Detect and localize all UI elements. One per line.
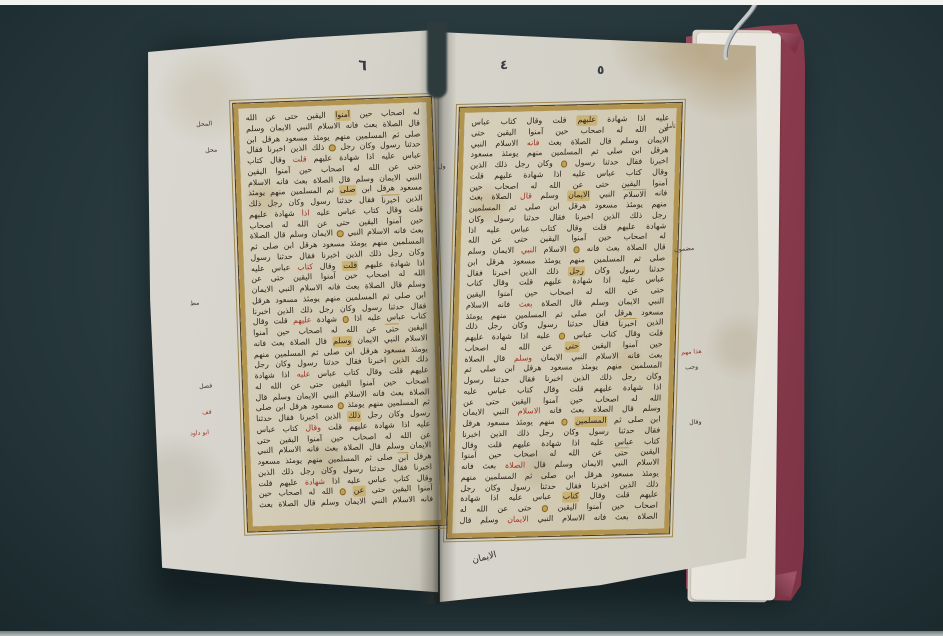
left-gold-frame: اللهعنحتىاليقينآمنواحيناصحابلهوسلمالايما… [229,93,450,536]
manuscript-word: الله [346,325,358,336]
manuscript-word: هرقل [523,363,541,374]
manuscript-word: اذا [354,314,362,325]
manuscript-word: له [255,382,262,393]
manuscript-word: اصحاب [321,164,345,176]
manuscript-word: آمنوا [498,289,513,300]
manuscript-word: وكان [485,483,501,494]
manuscript-word: الايمان [581,459,603,470]
manuscript-word: المسلمين [574,416,608,428]
manuscript-word: اليقين [540,234,559,245]
manuscript-word: له [385,431,392,442]
manuscript-word: قلت [342,260,358,271]
manuscript-word: مسعود [400,183,423,195]
manuscript-word: عن [628,286,639,297]
manuscript-word: ابن [467,257,478,268]
manuscript-word: وقال [386,205,402,216]
manuscript-word: وكان [360,141,376,152]
manuscript-word: له [586,287,593,298]
manuscript-word: الله [322,487,334,498]
manuscript-word: مسعود [550,363,573,374]
manuscript-word: النبي [296,122,312,133]
manuscript-word: له [413,107,420,118]
manuscript-word: قال [338,174,350,185]
manuscript-word: عليهم [293,316,312,327]
manuscript-word: رجل [319,304,334,315]
manuscript-word: مسعود [470,149,493,160]
manuscript-word: مسعود [595,200,618,211]
manuscript-word: كتاب [282,424,298,435]
manuscript-word: هرقل [584,470,602,481]
manuscript-word: الصلاة [409,387,429,398]
manuscript-word: مسعود [285,133,308,145]
manuscript-word: اذا [520,331,528,342]
manuscript-word: حدثنا [256,414,272,425]
manuscript-word: قال [459,516,471,527]
manuscript-word: ابن [344,346,355,357]
verse-rosette-icon [337,403,344,410]
manuscript-word: قال [622,404,634,415]
manuscript-word: رسول [589,426,609,437]
manuscript-word: يومئذ [642,468,659,479]
manuscript-word: وقال [625,329,641,340]
manuscript-word: بعث [294,176,308,187]
manuscript-word: عباس [596,168,615,179]
manuscript-word: عليهم [594,383,613,394]
manuscript-word: يومئذ [313,132,330,143]
manuscript-word: ابن [415,290,426,301]
manuscript-word: وسلم [321,497,339,508]
manuscript-word: عن [420,430,431,441]
manuscript-word: النبي [493,407,509,418]
manuscript-word: قال [315,336,327,347]
manuscript-word: ابن [650,414,661,425]
manuscript-word: حدثنا [405,140,421,151]
manuscript-word: حين [525,288,538,299]
manuscript-word: اخبرنا [545,374,564,385]
manuscript-word: حدثنا [524,213,540,224]
manuscript-word: شهادة [374,420,394,431]
manuscript-word: الصلاة [491,192,511,203]
manuscript-word: ثم [311,348,319,359]
manuscript-word: حدثنا [649,264,665,275]
manuscript-word: الصلاة [637,511,657,522]
manuscript-word: حتى [471,128,485,139]
manuscript-word: وقال [462,440,478,451]
manuscript-word: اذا [490,493,498,504]
manuscript-word: ابن [284,241,295,252]
manuscript-word: ثم [392,129,400,141]
manuscript-word: عليه [416,419,430,430]
manuscript-word: الله [604,286,616,297]
manuscript-word: ذلك [416,354,429,365]
manuscript-word: كتاب [394,473,410,484]
manuscript-word: الاسلام [392,495,415,507]
manuscript-word: صلى [480,364,496,375]
manuscript-word: فانه [497,300,510,311]
manuscript-word: رجل [300,466,315,477]
manuscript-word: عليهم [279,477,298,488]
manuscript-word: عليهم [349,421,368,432]
manuscript-word: الاسلام [544,245,567,256]
manuscript-word: منهم [527,148,543,159]
manuscript-word: هرقل [462,419,480,430]
manuscript-word: وسلم [467,246,485,257]
manuscript-word: وسلم [289,230,307,241]
manuscript-word: الله [270,381,282,392]
manuscript-word: النبي [406,172,422,183]
manuscript-word: اليقين [408,322,428,333]
manuscript-word: اخبرنا [368,356,387,367]
manuscript-word: الصلاة [278,499,298,510]
manuscript-word: كتاب [626,168,642,179]
manuscript-word: ثم [509,203,517,214]
manuscript-word: اذا [637,114,645,125]
manuscript-word: رجل [539,428,554,439]
left-text-block: اللهعنحتىاليقينآمنواحيناصحابلهوسلمالايما… [238,102,440,526]
manuscript-word: الذين [573,373,590,384]
manuscript-word: اليقين [640,447,659,458]
manuscript-word: الصلاة [382,119,402,130]
manuscript-word: اصحاب [580,125,604,136]
manuscript-word: عليهم [543,277,562,288]
manuscript-word: رسول [494,213,514,224]
manuscript-word: بعث [606,243,620,254]
manuscript-word: رجل [254,360,269,371]
manuscript-word: اليقين [392,484,412,495]
manuscript-word: اذا [603,276,611,287]
manuscript-word: له [500,343,507,354]
manuscript-word: الاسلام [466,300,489,311]
manuscript-word: وقال [543,384,559,395]
manuscript-word: اخبرنا [575,212,594,223]
manuscript-word: يومئذ [501,149,518,160]
manuscript-word: اصحاب [405,376,429,388]
manuscript-word: الذين [520,267,537,278]
manuscript-word: بعث [363,120,377,131]
manuscript-word: شهادة [339,152,359,163]
manuscript-word: وكان [594,265,610,276]
manuscript-word: شهادة [274,209,294,220]
manuscript-word: عليهم [494,170,513,181]
manuscript-word: قال [493,353,505,364]
manuscript-word: فقال [626,157,642,168]
manuscript-word: كتاب [363,206,379,217]
manuscript-word: شهادة [607,114,627,125]
manuscript-word: الصلاة [541,298,561,309]
manuscript-word: صلى [395,291,411,302]
manuscript-word: له [631,393,638,404]
manuscript-word: اخبرنا [462,429,481,440]
manuscript-word: الله [549,180,561,191]
manuscript-word: وكان [288,197,304,208]
manuscript-word: يومئذ [516,417,533,428]
right-gold-frame: عباسكتابوقالقلتعليهمشهادةاذاعليهحتىاليقي… [443,99,686,543]
manuscript-word: الذين [470,160,487,171]
manuscript-word: وسلم [273,392,291,403]
manuscript-word: اخبرنا [321,250,340,261]
manuscript-word: آمنوا [543,395,558,406]
manuscript-word: حدثنا [323,358,339,369]
right-folio-number: ٥ [597,63,604,77]
manuscript-word: وكان [563,427,579,438]
manuscript-word: آمنوا [571,233,586,244]
margin-note: وجب [685,364,698,371]
manuscript-word: حدثنا [369,464,385,475]
manuscript-word: المسلمين [630,361,662,372]
manuscript-word: وسلم [246,124,264,135]
manuscript-word: قال [274,230,286,241]
manuscript-word: مسعود [383,344,406,356]
manuscript-word: بعث [469,193,483,204]
manuscript-word: حين [331,433,344,444]
manuscript-word: النبي [471,139,487,150]
manuscript-word: بعث [346,282,360,293]
manuscript-word: اصحاب [249,220,273,232]
manuscript-word: الله [368,163,380,174]
manuscript-word: الله [476,504,488,515]
manuscript-word: اخبرنا [252,306,271,317]
manuscript-word: قلت [470,171,484,182]
manuscript-word: ثم [326,186,334,197]
manuscript-word: اخبرنا [591,480,610,491]
manuscript-word: ثم [250,242,258,253]
manuscript-word: منهم [651,199,667,210]
manuscript-word: عن [388,162,399,173]
manuscript-word: اصحاب [298,326,322,338]
manuscript-word: المسلمين [469,203,501,214]
manuscript-word: قلت [615,490,629,501]
manuscript-word: عليه [590,437,604,448]
manuscript-word: فقال [299,251,315,262]
manuscript-word: عن [497,504,508,515]
manuscript-word: شهادة [305,476,325,487]
manuscript-word: حدثنا [388,302,404,313]
manuscript-word: النبي [521,245,537,256]
photo-bottom-border [0,631,943,636]
manuscript-word: بعث [482,461,496,472]
manuscript-word: مسعود [487,418,510,429]
manuscript-word: الصلاة [627,243,647,254]
margin-note: المحل [196,121,212,128]
manuscript-word: عليه [508,493,522,504]
manuscript-word: عن [542,342,553,353]
manuscript-word: النبي [371,496,387,507]
margin-note: قف [202,409,212,416]
manuscript-word: رسول [310,197,330,208]
manuscript-word: فانه [394,226,407,237]
manuscript-word: النبي [648,296,664,307]
manuscript-word: صلى [571,309,587,320]
manuscript-word: حتى [595,179,609,190]
manuscript-word: عليهم [512,439,531,450]
manuscript-word: هرقل [377,184,395,195]
margin-note: فصل [199,383,212,390]
manuscript-word: الصلاة [593,405,613,416]
manuscript-word: هرقل [262,134,280,145]
manuscript-word: حين [410,215,423,226]
manuscript-word: الصلاة [365,281,385,292]
manuscript-word: الصلاة [250,231,270,242]
manuscript-word: شهادة [541,438,561,449]
manuscript-word: رجل [487,321,502,332]
manuscript-word: رسول [410,408,430,419]
manuscript-word: اصحاب [381,108,405,120]
manuscript-word: عباس [646,275,665,286]
manuscript-word: هرقل [360,345,378,356]
manuscript-word: اذا [572,438,580,449]
manuscript-word: صلى [628,415,644,426]
manuscript-word: قلت [552,115,566,126]
manuscript-word: وقال [253,317,269,328]
manuscript-word: عليهم [410,365,429,376]
manuscript-word: منهم [307,455,323,466]
manuscript-word: فانه [527,138,540,149]
manuscript-word: آمنوا [321,272,336,283]
manuscript-word: هرقل [568,201,586,212]
manuscript-word: صلى [339,185,357,196]
manuscript-word: رجل [652,210,667,221]
manuscript-word: الايمان [296,391,318,402]
manuscript-word: ثم [555,309,563,320]
manuscript-word: وقال [366,367,382,378]
manuscript-word: الذين [490,429,507,440]
left-gold-band: اللهعنحتىاليقينآمنواحيناصحابلهوسلمالايما… [233,97,446,532]
manuscript-word: فانه [594,512,607,523]
manuscript-word: حين [277,327,290,338]
manuscript-word: بعث [271,338,285,349]
book-weight-wire-icon [695,0,785,78]
manuscript-word: حدثنا [493,375,509,386]
manuscript-word: الله [400,430,412,441]
manuscript-word: عن [573,180,584,191]
manuscript-word: اذا [468,225,476,236]
manuscript-word: الاسلام [344,389,367,401]
manuscript-word: الصلاة [313,175,333,186]
manuscript-word: حتى [614,447,628,459]
manuscript-word: شهادة [254,371,274,382]
manuscript-word: فقال [359,195,375,206]
manuscript-word: مسعود [513,256,536,267]
manuscript-word: قلت [569,384,583,395]
manuscript-word: كتاب [562,492,580,503]
manuscript-word: بعث [570,405,584,416]
manuscript-word: كتاب [540,223,556,234]
manuscript-word: وكان [275,359,291,370]
verse-rosette-icon [541,505,548,512]
manuscript-word: هرقل [650,145,668,156]
manuscript-word: ذلك [517,428,530,439]
manuscript-word: وكان [537,159,553,170]
manuscript-word: فقال [467,268,483,279]
manuscript-word: ابن [246,135,257,146]
manuscript-word: الايمان [463,408,485,419]
manuscript-word: النبي [537,514,553,525]
manuscript-word: صلى [377,453,393,464]
manuscript-word: الايمان [507,514,529,525]
manuscript-word: عباس [256,424,275,435]
manuscript-word: فانه [253,339,266,350]
manuscript-word: حدثنا [540,481,556,492]
manuscript-word: اذا [554,169,562,180]
manuscript-word: عباس [368,474,387,485]
manuscript-word: آمنوا [275,166,290,177]
manuscript-word: له [549,449,556,460]
manuscript-word: له [282,220,289,231]
manuscript-word: النبي [599,190,615,201]
manuscript-word: فقال [346,357,362,368]
manuscript-word: حتى [257,435,271,446]
manuscript-word: ذلك [599,373,612,384]
manuscript-word: عن [463,397,474,408]
manuscript-word: آمنوا [528,127,543,138]
manuscript-word: الصلاة [464,354,484,365]
manuscript-word: ابن [565,470,576,481]
manuscript-word: الاسلام [405,333,428,345]
manuscript-word: كتاب [411,311,427,322]
manuscript-word: كتاب [343,368,359,379]
manuscript-word: الذين [277,305,294,316]
manuscript-word: اذا [282,370,290,381]
manuscript-word: وسلم [591,297,609,308]
manuscript-word: الايمان [379,173,401,184]
manuscript-word: ابن [549,202,560,213]
manuscript-word: رسول [537,320,557,331]
margin-note: ابو داود [190,430,209,438]
manuscript-word: آمنوا [360,378,375,389]
manuscript-word: اليقين [466,289,485,300]
manuscript-word: حين [611,501,624,512]
manuscript-word: يومئذ [248,188,265,199]
manuscript-word: فقال [593,319,609,330]
manuscript-word: عليهم [365,259,384,270]
manuscript-word: عن [290,380,301,391]
manuscript-word: فانه [655,188,668,199]
manuscript-word: المسلمين [515,309,547,320]
manuscript-word: رسول [297,358,317,369]
manuscript-word: آمنوا [307,433,322,444]
manuscript-word: عليه [347,475,361,486]
manuscript-word: النبي [347,228,363,239]
manuscript-word: ابن [595,308,606,319]
manuscript-word: الله [518,342,530,353]
manuscript-word: قال [654,242,666,253]
manuscript-word: اصحاب [634,501,658,512]
manuscript-word: رجل [340,142,355,153]
manuscript-word: ثم [525,471,533,482]
manuscript-word: وقال [320,261,336,272]
manuscript-word: ثم [382,291,390,302]
manuscript-word: النبي [571,352,587,363]
manuscript-word: رجل [267,198,282,209]
manuscript-word: آمنوا [652,178,667,189]
manuscript-word: يومئذ [581,362,598,373]
manuscript-word: اليقين [332,379,352,390]
manuscript-word: ذلك [281,467,294,478]
manuscript-word: المسلمين [593,254,625,265]
manuscript-word: بعث [519,299,533,310]
manuscript-word: الايمان [647,135,669,146]
manuscript-word: فانه [587,244,600,255]
verse-rosette-icon [561,419,568,426]
manuscript-word: ثم [614,415,622,426]
manuscript-word: عباس [317,368,336,379]
manuscript-word: فقال [410,301,426,312]
photo-of-open-manuscript: اللهعنحتىاليقينآمنواحيناصحابلهوسلمالايما… [0,0,943,636]
manuscript-word: عباس [471,117,490,128]
manuscript-word: الله [468,236,480,247]
manuscript-word: الذين [619,480,636,491]
manuscript-word: حتى [284,112,298,123]
